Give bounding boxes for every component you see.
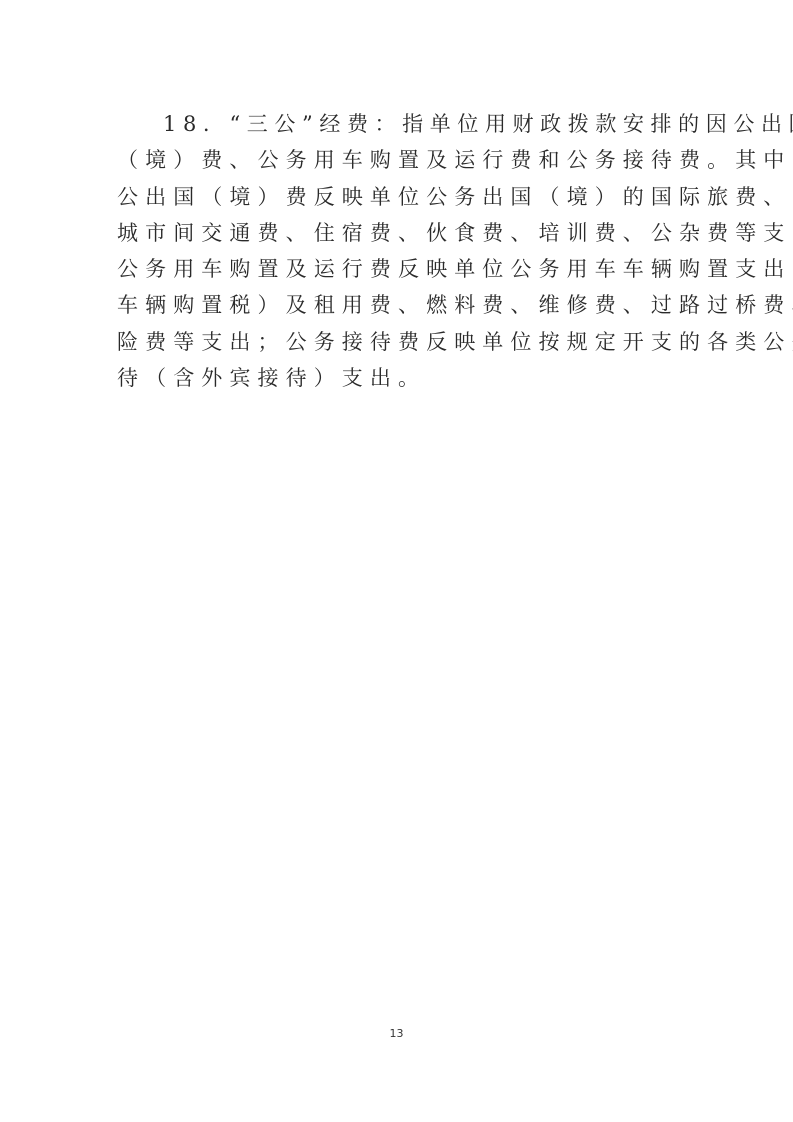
- document-page: 18. “三公”经费：指单位用财政拨款安排的因公出国 （境）费、公务用车购置及运…: [0, 0, 793, 1122]
- paragraph-line: 城市间交通费、住宿费、伙食费、培训费、公杂费等支出；: [117, 215, 697, 251]
- paragraph-line: 车辆购置税）及租用费、燃料费、维修费、过路过桥费、保: [117, 287, 697, 323]
- paragraph-line: 18. “三公”经费：指单位用财政拨款安排的因公出国: [117, 106, 697, 142]
- paragraph-line: 险费等支出；公务接待费反映单位按规定开支的各类公务接: [117, 324, 697, 360]
- paragraph-line: 待（含外宾接待）支出。: [117, 360, 697, 396]
- paragraph-line: 公务用车购置及运行费反映单位公务用车车辆购置支出（含: [117, 251, 697, 287]
- page-number: 13: [0, 1027, 793, 1040]
- paragraph-line: 公出国（境）费反映单位公务出国（境）的国际旅费、国外: [117, 179, 697, 215]
- paragraph-line: （境）费、公务用车购置及运行费和公务接待费。其中，因: [117, 142, 697, 178]
- paragraph-18-three-public-expenses: 18. “三公”经费：指单位用财政拨款安排的因公出国 （境）费、公务用车购置及运…: [117, 106, 697, 396]
